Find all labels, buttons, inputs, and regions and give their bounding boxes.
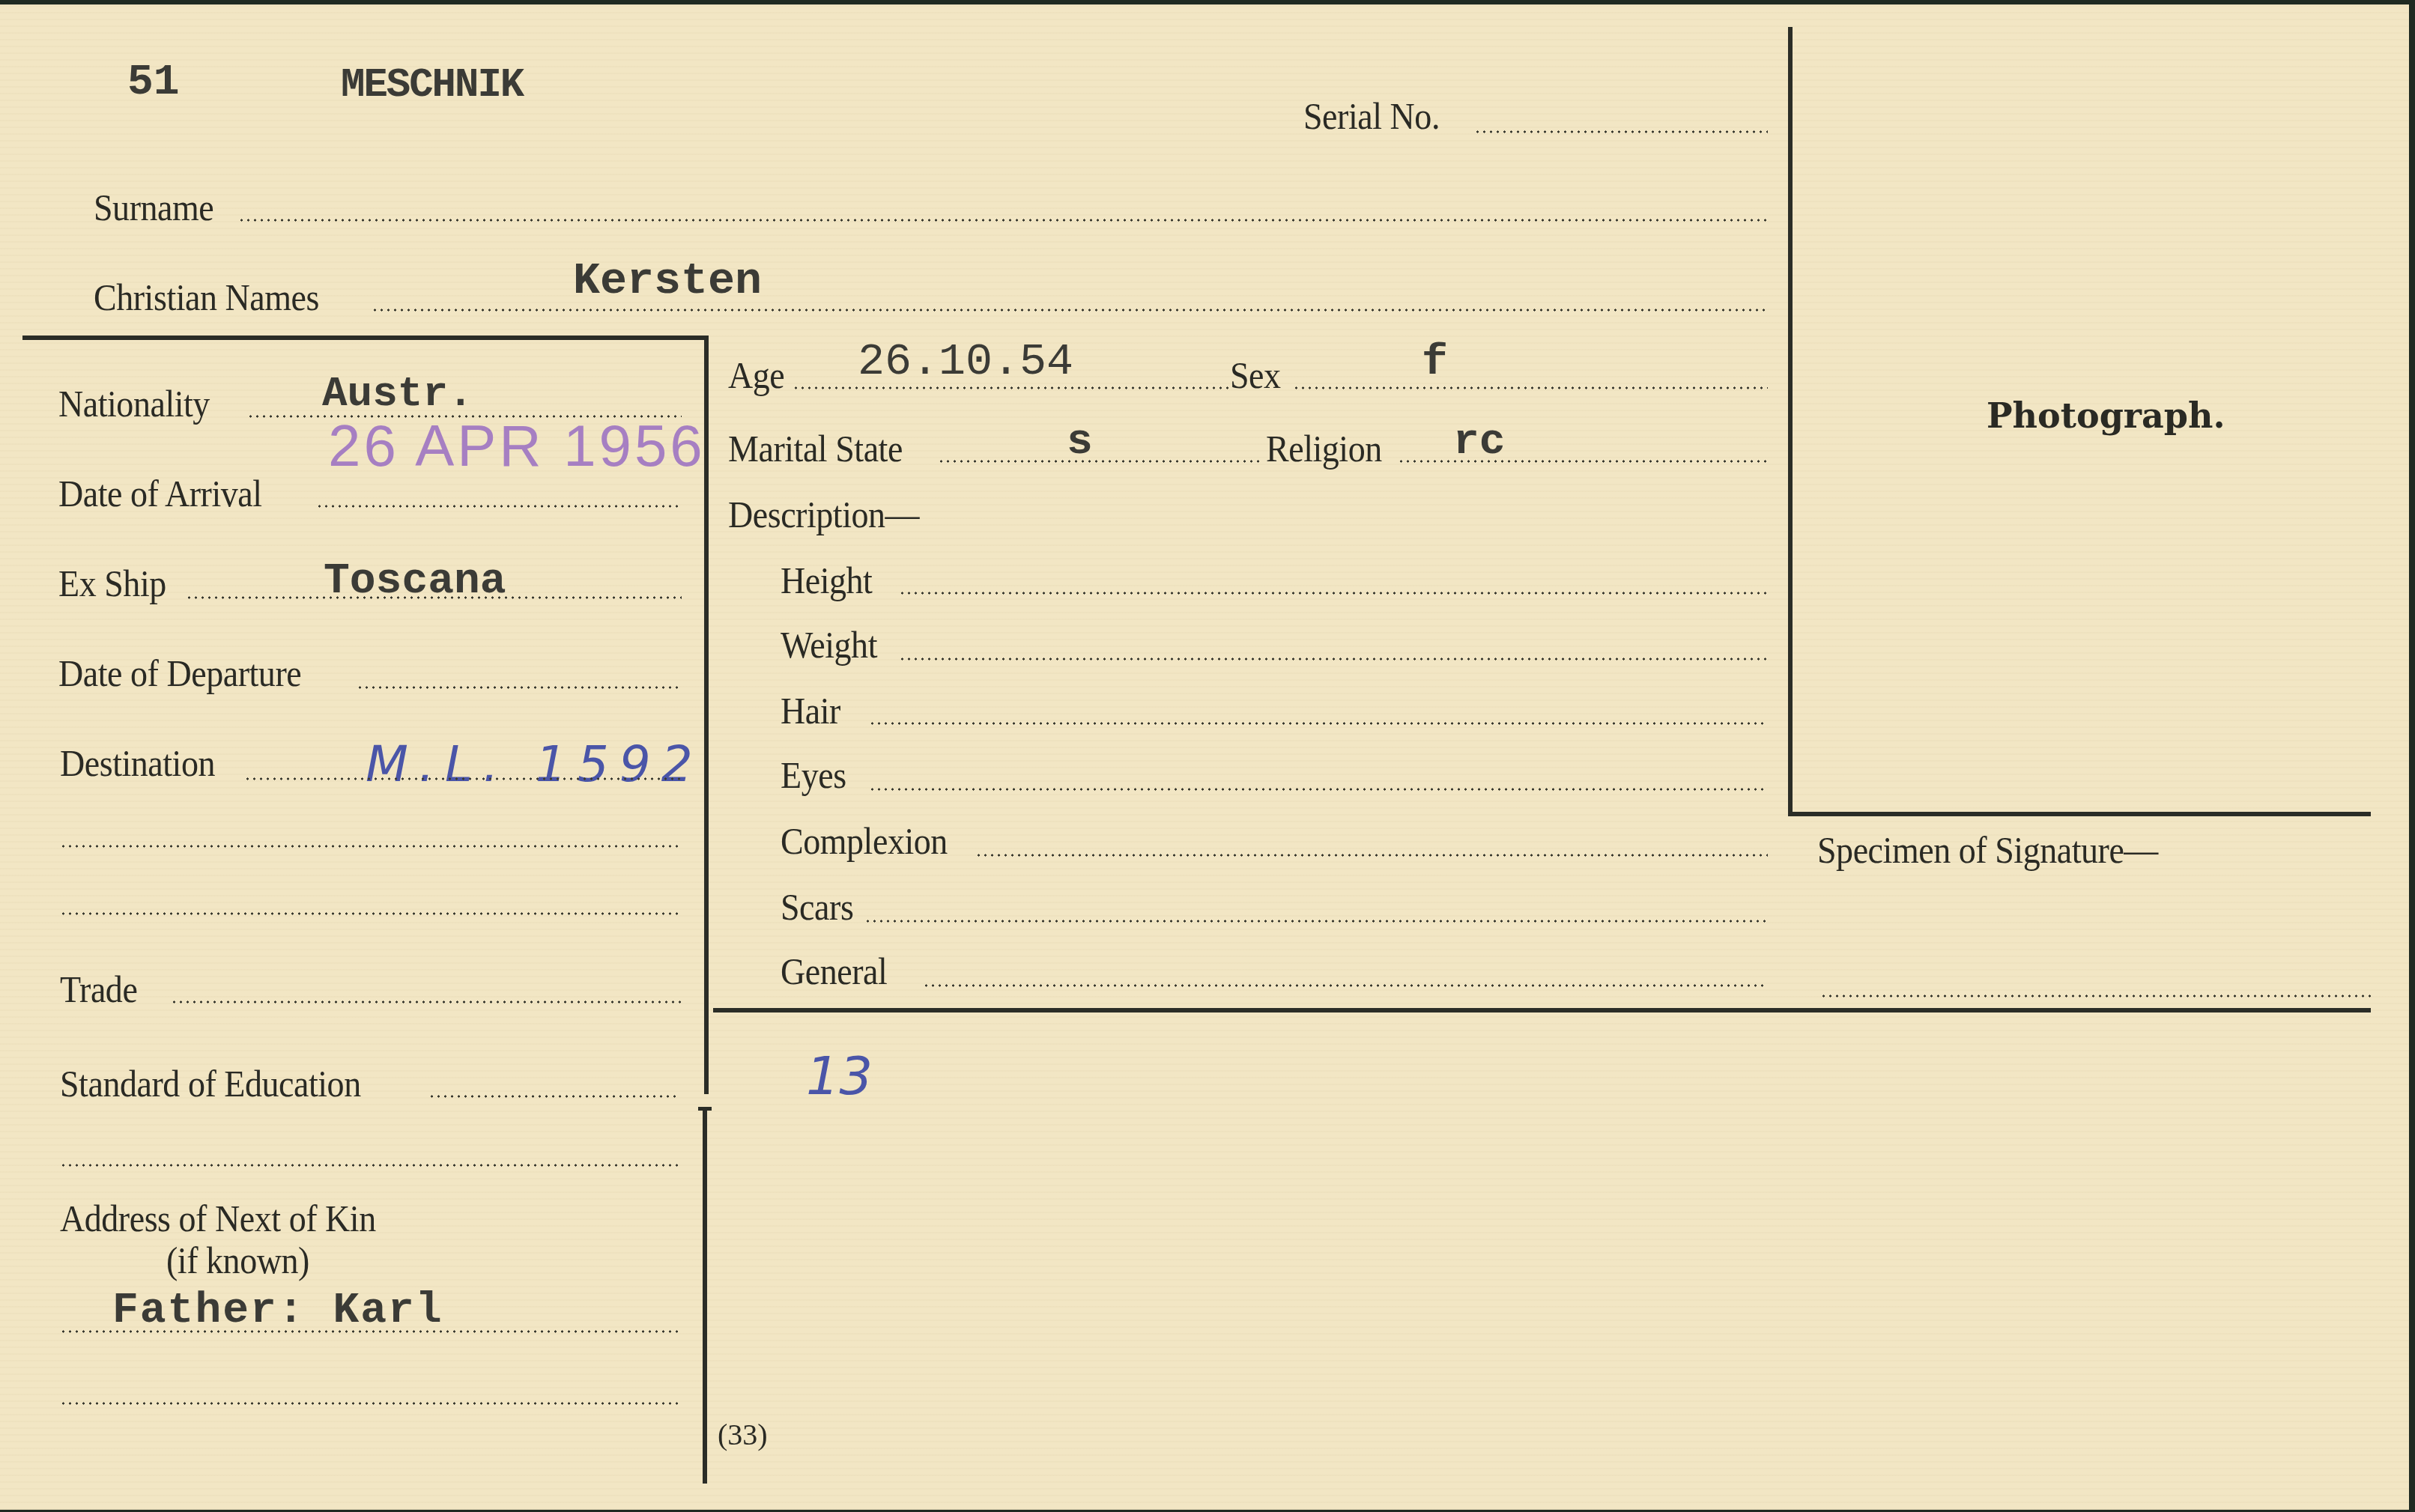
christian-names-field[interactable] [372, 309, 1768, 312]
complexion-field[interactable] [975, 854, 1768, 857]
form-number: (33) [718, 1417, 768, 1452]
hair-field[interactable] [869, 722, 1768, 725]
complexion-label: Complexion [781, 822, 948, 860]
christian-names-value[interactable]: Kersten [573, 256, 762, 307]
date-of-arrival-field[interactable] [316, 505, 682, 508]
date-of-arrival-label: Date of Arrival [58, 475, 262, 512]
header-surname: MESCHNIK [341, 63, 523, 109]
next-of-kin-sublabel: (if known) [166, 1242, 309, 1279]
age-value[interactable]: 26.10.54 [858, 337, 1073, 388]
signature-label: Specimen of Signature— [1817, 831, 2158, 869]
destination-extra-line-2[interactable] [60, 912, 682, 915]
signature-field[interactable] [1820, 995, 2371, 998]
trade-label: Trade [60, 971, 137, 1008]
ex-ship-label: Ex Ship [58, 565, 166, 602]
height-label: Height [781, 562, 872, 599]
eyes-label: Eyes [781, 756, 846, 794]
photograph-label: Photograph. [1987, 395, 2225, 436]
middle-bottom-rule [713, 1008, 2371, 1012]
weight-label: Weight [781, 626, 877, 664]
nationality-value[interactable]: Austr. [322, 370, 473, 418]
photo-box-left-rule [1788, 27, 1793, 815]
standard-of-education-field[interactable] [428, 1095, 676, 1098]
christian-names-label: Christian Names [94, 279, 319, 316]
next-of-kin-label: Address of Next of Kin [60, 1200, 376, 1237]
marital-state-label: Marital State [728, 430, 903, 467]
destination-value[interactable]: M.L. 1592 [366, 735, 703, 793]
arrival-date-stamp: 26 APR 1956 [328, 412, 706, 480]
marital-state-field[interactable] [938, 460, 1260, 463]
religion-label: Religion [1266, 430, 1382, 467]
scars-field[interactable] [864, 920, 1768, 923]
handwritten-note: 13 [806, 1045, 873, 1107]
date-of-departure-label: Date of Departure [58, 655, 301, 692]
photo-box-bottom-rule [1788, 812, 2371, 816]
height-field[interactable] [899, 592, 1768, 595]
serial-no-label: Serial No. [1303, 97, 1440, 135]
trade-field[interactable] [171, 1001, 682, 1004]
scars-label: Scars [781, 888, 853, 926]
eyes-field[interactable] [869, 788, 1768, 791]
standard-of-education-label: Standard of Education [60, 1065, 361, 1102]
destination-field[interactable] [244, 777, 682, 780]
surname-label: Surname [94, 189, 213, 226]
general-field[interactable] [923, 984, 1768, 987]
next-of-kin-field[interactable] [60, 1330, 682, 1333]
next-of-kin-value[interactable]: Father: Karl [112, 1287, 443, 1335]
age-field[interactable] [793, 386, 1228, 389]
description-label: Description— [728, 496, 919, 533]
destination-label: Destination [60, 744, 215, 782]
date-of-departure-field[interactable] [357, 686, 682, 689]
education-extra-line[interactable] [60, 1164, 682, 1167]
sex-value[interactable]: f [1422, 338, 1448, 387]
record-number: 51 [127, 58, 180, 107]
nationality-label: Nationality [58, 385, 210, 422]
left-divider-lower [703, 1109, 707, 1484]
next-of-kin-extra-line[interactable] [60, 1402, 682, 1405]
serial-no-field[interactable] [1474, 130, 1768, 133]
hair-label: Hair [781, 692, 840, 729]
sex-label: Sex [1230, 356, 1281, 394]
age-label: Age [728, 356, 784, 394]
religion-field[interactable] [1398, 460, 1768, 463]
surname-field[interactable] [238, 219, 1768, 222]
left-top-rule [22, 336, 708, 340]
ex-ship-field[interactable] [186, 596, 682, 599]
destination-extra-line-1[interactable] [60, 845, 682, 848]
sex-field[interactable] [1293, 386, 1768, 389]
general-label: General [781, 953, 887, 990]
immigration-record-card: 51 MESCHNIK Serial No. Surname Christian… [0, 4, 2409, 1510]
left-divider-lower-cap [698, 1107, 712, 1111]
weight-field[interactable] [899, 658, 1768, 661]
